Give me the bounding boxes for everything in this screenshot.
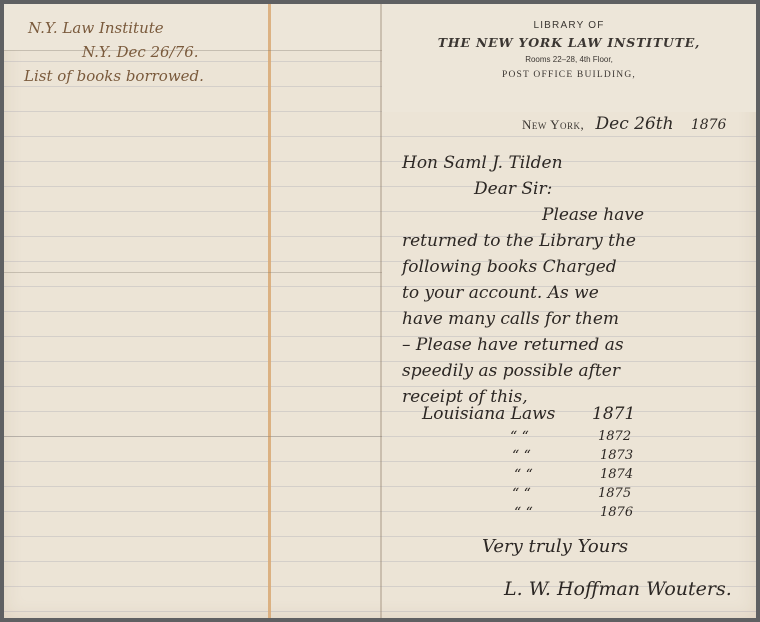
book-list-row: “ “ 1874: [422, 467, 722, 486]
letterhead-line: POST OFFICE BUILDING,: [382, 70, 756, 80]
greeting: Dear Sir:: [402, 176, 742, 202]
book-list-row: “ “ 1876: [422, 505, 722, 524]
book-year: 1875: [598, 486, 631, 501]
dateline-year: 1876: [691, 117, 727, 133]
body-line: speedily as possible after: [402, 358, 742, 384]
ditto-mark: “ “: [512, 486, 531, 502]
body-line: have many calls for them: [402, 306, 742, 332]
book-title: Louisiana Laws: [422, 404, 555, 424]
body-line: to your account. As we: [402, 280, 742, 306]
dateline-date: Dec 26th: [596, 114, 674, 134]
book-year: 1874: [600, 467, 633, 482]
dateline-place: New York,: [522, 117, 584, 132]
docket-line: N.Y. Dec 26/76.: [24, 40, 264, 64]
book-list-row: Louisiana Laws 1871: [422, 404, 722, 423]
docket-line: N.Y. Law Institute: [24, 16, 264, 40]
ditto-mark: “ “: [512, 448, 531, 464]
margin-rule: [268, 4, 271, 618]
book-year: 1871: [592, 404, 635, 424]
signature: L. W. Hoffman Wouters.: [504, 578, 732, 600]
ditto-mark: “ “: [514, 467, 533, 483]
book-year: 1872: [598, 429, 631, 444]
book-list-row: “ “ 1873: [422, 448, 722, 467]
letterhead: LIBRARY OF THE NEW YORK LAW INSTITUTE, R…: [382, 20, 756, 80]
book-year: 1873: [600, 448, 633, 463]
letterhead-line: LIBRARY OF: [382, 20, 756, 31]
ditto-mark: “ “: [514, 505, 533, 521]
body-line: – Please have returned as: [402, 332, 742, 358]
fold-crease: [4, 272, 382, 273]
letterhead-institution: THE NEW YORK LAW INSTITUTE,: [382, 35, 756, 50]
left-leaf: N.Y. Law Institute N.Y. Dec 26/76. List …: [4, 4, 382, 618]
fold-crease: [4, 436, 382, 437]
book-list-row: “ “ 1875: [422, 486, 722, 505]
right-leaf: LIBRARY OF THE NEW YORK LAW INSTITUTE, R…: [382, 4, 756, 618]
book-year: 1876: [600, 505, 633, 520]
body-line: Please have: [402, 202, 742, 228]
body-line: following books Charged: [402, 254, 742, 280]
book-list: Louisiana Laws 1871 “ “ 1872 “ “ 1873 “ …: [422, 404, 722, 524]
addressee: Hon Saml J. Tilden: [402, 150, 742, 176]
docket-line: List of books borrowed.: [24, 64, 264, 88]
dateline: New York, Dec 26th 1876: [522, 114, 726, 134]
closing: Very truly Yours: [482, 536, 628, 557]
book-list-row: “ “ 1872: [422, 429, 722, 448]
ditto-mark: “ “: [510, 429, 529, 445]
docket-note: N.Y. Law Institute N.Y. Dec 26/76. List …: [24, 16, 264, 88]
letter-sheet: N.Y. Law Institute N.Y. Dec 26/76. List …: [4, 4, 756, 618]
letterhead-line: Rooms 22–28, 4th Floor,: [382, 55, 756, 64]
body-line: returned to the Library the: [402, 228, 742, 254]
letter-body: Hon Saml J. Tilden Dear Sir: Please have…: [402, 150, 742, 410]
